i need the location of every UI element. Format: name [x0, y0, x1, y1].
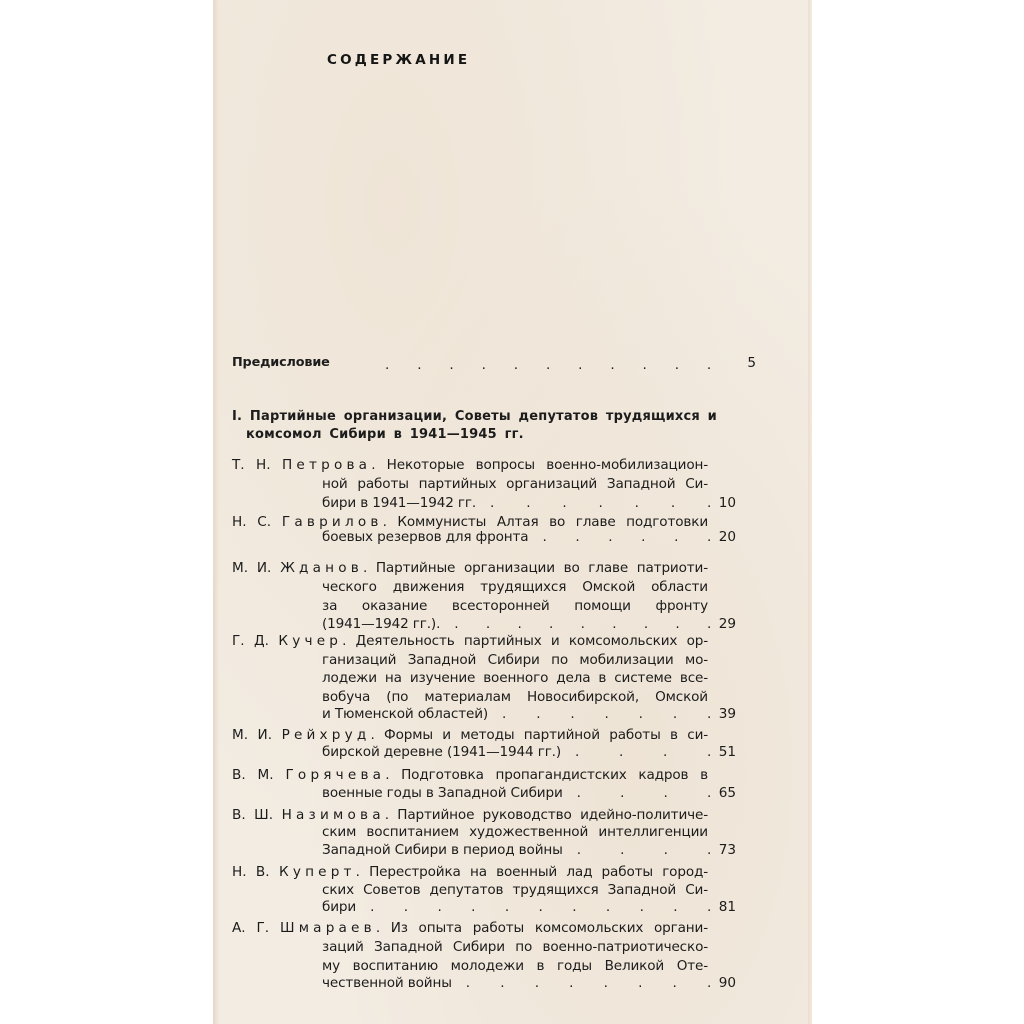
- toc-leader-dots: ...........: [370, 898, 710, 916]
- toc-entry-first-line: М. И. Рейхруд. Формы и методы партийной …: [232, 726, 708, 744]
- article-title: Формы и методы партийной работы в си-: [384, 727, 708, 743]
- author-initials: М. И.: [232, 560, 280, 576]
- author-initials: В. Ш.: [232, 807, 282, 823]
- toc-entry-first-line: В. М. Горячева. Подготовка пропагандистс…: [232, 766, 708, 784]
- toc-entry-continuation-line: лодежи на изучение военного дела в систе…: [322, 669, 708, 687]
- toc-page-number: 90: [696, 974, 736, 992]
- article-title: Партийные организации во главе патриоти-: [376, 560, 708, 576]
- author-name: Горячева: [285, 767, 385, 783]
- toc-entry-continuation-line: заций Западной Сибири по военно-патриоти…: [322, 938, 708, 956]
- section-heading-line: I. Партийные организации, Советы депутат…: [232, 408, 717, 426]
- toc-leader-dots: .......: [490, 494, 710, 512]
- toc-leader-dots: ....: [577, 784, 710, 802]
- toc-entry-continuation-line: бирской деревне (1941—1944 гг.): [322, 743, 561, 761]
- toc-entry-continuation-line: военные годы в Западной Сибири: [322, 784, 563, 802]
- toc-entry-continuation-line: и Тюменской областей): [322, 705, 488, 723]
- author-initials: Н. С.: [232, 514, 282, 530]
- toc-entry-continuation-line: ной работы партийных организаций Западно…: [322, 475, 708, 493]
- toc-entry-first-line: Г. Д. Кучер. Деятельность партийных и ко…: [232, 632, 708, 650]
- toc-entry-continuation-line: ческого движения трудящихся Омской облас…: [322, 578, 708, 596]
- toc-entry-continuation-line: чественной войны: [322, 974, 452, 992]
- author-initials: М. И.: [232, 727, 282, 743]
- toc-entry-continuation-line: боевых резервов для фронта: [322, 528, 528, 546]
- toc-page-number: 39: [696, 705, 736, 723]
- section-heading-line: комсомол Сибири в 1941—1945 гг.: [246, 426, 524, 444]
- toc-leader-dots: .......: [502, 705, 710, 723]
- toc-entry-continuation-line: (1941—1942 гг.).: [322, 615, 440, 633]
- author-initials: Т. Н.: [232, 457, 282, 473]
- toc-entry-continuation-line: за оказание всесторонней помощи фронту: [322, 597, 708, 615]
- toc-page-number: 10: [696, 494, 736, 512]
- toc-page-number: 20: [696, 528, 736, 546]
- article-title: Из опыта работы комсомольских органи-: [391, 920, 708, 936]
- author-name: Кучер: [278, 633, 342, 649]
- author-name: Куперт: [279, 864, 356, 880]
- author-initials: В. М.: [232, 767, 285, 783]
- toc-entry-continuation-line: ганизаций Западной Сибири по мобилизации…: [322, 651, 708, 669]
- article-title: Деятельность партийных и комсомольских о…: [356, 633, 708, 649]
- toc-entry-first-line: Н. В. Куперт. Перестройка на военный лад…: [232, 863, 708, 881]
- toc-entry-first-line: М. И. Жданов. Партийные организации во г…: [232, 559, 708, 577]
- toc-page-number: 81: [696, 898, 736, 916]
- toc-entry-continuation-line: бири: [322, 898, 356, 916]
- author-initials: Г. Д.: [232, 633, 278, 649]
- toc-page-number: 29: [696, 615, 736, 633]
- author-initials: А. Г.: [232, 920, 280, 936]
- page-title: СОДЕРЖАНИЕ: [327, 52, 470, 68]
- author-name: Назимова: [282, 807, 385, 823]
- toc-entry-continuation-line: бири в 1941—1942 гг.: [322, 494, 476, 512]
- toc-leader-dots: ........: [466, 974, 710, 992]
- toc-page-number: 51: [696, 743, 736, 761]
- toc-leader-dots: ......: [542, 528, 710, 546]
- toc-entry-continuation-line: вобуча (по материалам Новосибирской, Омс…: [322, 688, 708, 706]
- article-title: Партийное руководство идейно-политиче-: [397, 807, 708, 823]
- toc-leader-dots: .........: [454, 615, 710, 633]
- toc-leader-dots: ....: [577, 841, 710, 859]
- article-title: Подготовка пропагандистских кадров в: [401, 767, 708, 783]
- article-title: Некоторые вопросы военно-мобилизацион-: [387, 457, 708, 473]
- toc-entry-continuation-line: Западной Сибири в период войны: [322, 841, 563, 859]
- article-title: Перестройка на военный лад работы город-: [369, 864, 708, 880]
- author-name: Петрова: [282, 457, 371, 473]
- toc-entry-first-line: А. Г. Шмараев. Из опыта работы комсомоль…: [232, 919, 708, 937]
- toc-page-number: 65: [696, 784, 736, 802]
- author-initials: Н. В.: [232, 864, 279, 880]
- toc-entry-first-line: Т. Н. Петрова. Некоторые вопросы военно-…: [232, 456, 708, 474]
- toc-entry-continuation-line: му воспитанию молодежи в годы Великой От…: [322, 957, 708, 975]
- toc-leader-dots: ...........: [385, 356, 710, 374]
- toc-page-number: 5: [716, 354, 756, 372]
- toc-preface-label: Предисловие: [232, 354, 330, 372]
- author-name: Жданов: [280, 560, 363, 576]
- author-name: Шмараев: [280, 920, 376, 936]
- toc-entry-first-line: В. Ш. Назимова. Партийное руководство ид…: [232, 806, 708, 824]
- toc-leader-dots: ....: [575, 743, 710, 761]
- page-edge: [808, 0, 812, 1024]
- toc-entry-continuation-line: ским воспитанием художественной интеллиг…: [322, 823, 708, 841]
- toc-page-number: 73: [696, 841, 736, 859]
- author-name: Рейхруд: [282, 727, 371, 743]
- toc-entry-continuation-line: ских Советов депутатов трудящихся Западн…: [322, 881, 708, 899]
